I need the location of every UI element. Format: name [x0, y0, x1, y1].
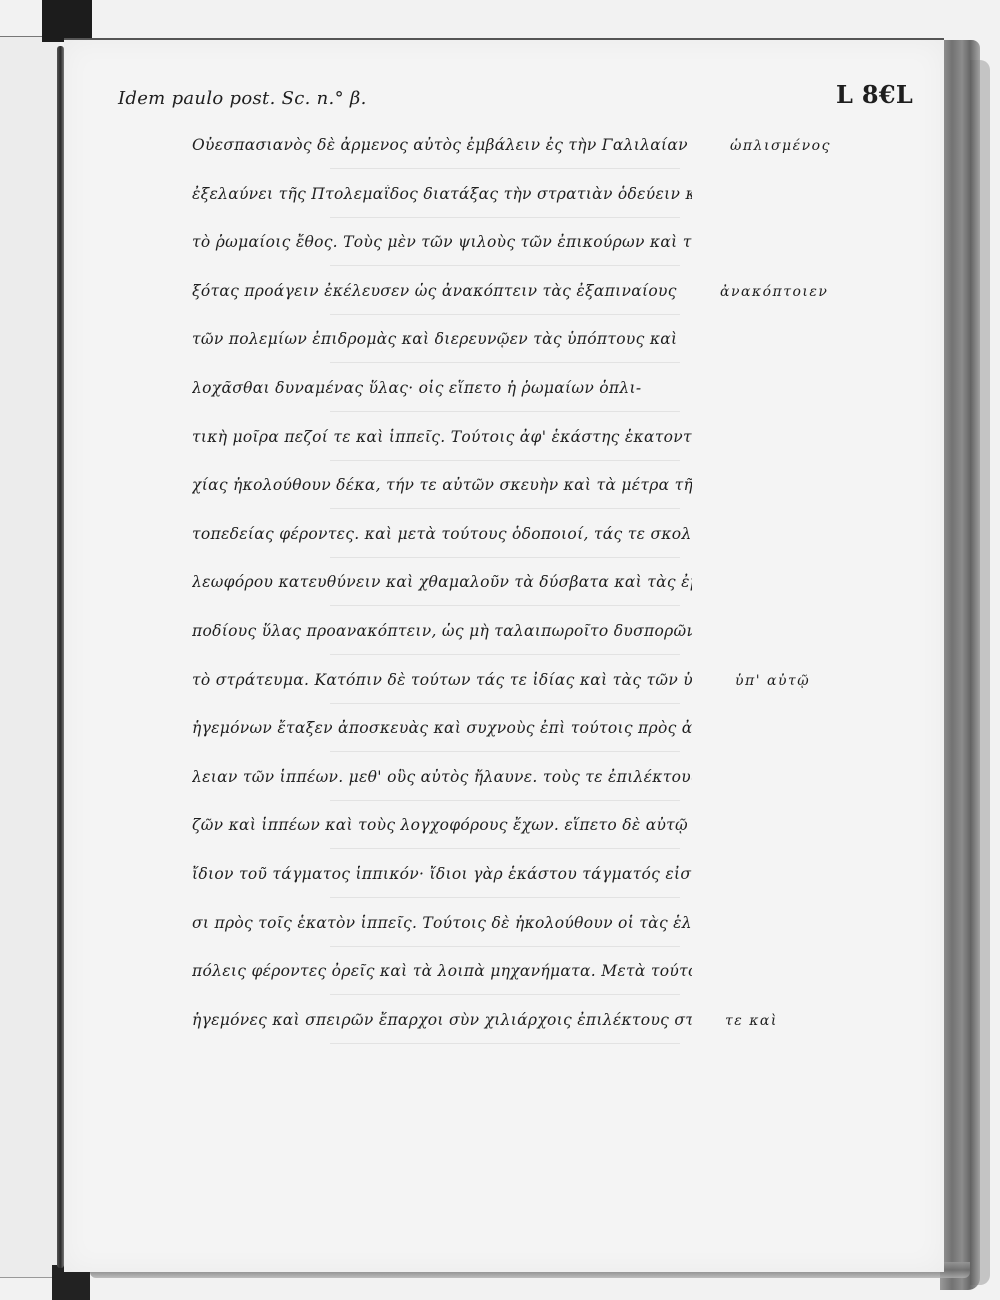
bleed-through-mark: [330, 508, 680, 509]
text-line: ποδίους ὕλας προανακόπτειν, ὡς μὴ ταλαιπ…: [192, 622, 692, 640]
bleed-through-mark: [330, 605, 680, 606]
text-line: τὸ στράτευμα. Κατόπιν δὲ τούτων τάς τε ἰ…: [192, 671, 692, 689]
bleed-through-mark: [330, 411, 680, 412]
text-line: λειαν τῶν ἱππέων. μεθ' οὓς αὐτὸς ἤλαυνε.…: [192, 768, 692, 786]
text-line: ἡγεμόνων ἔταξεν ἀποσκευὰς καὶ συχνοὺς ἐπ…: [192, 719, 692, 737]
text-line: τὸ ῥωμαίοις ἔθος. Τοὺς μὲν τῶν ψιλοὺς τῶ…: [192, 233, 692, 251]
bleed-through-mark: [330, 314, 680, 315]
bleed-through-mark: [330, 994, 680, 995]
text-line: χίας ἠκολούθουν δέκα, τήν τε αὐτῶν σκευὴ…: [192, 476, 692, 494]
text-line: ἐξελαύνει τῆς Πτολεμαΐδος διατάξας τὴν σ…: [192, 185, 692, 203]
text-line: τοπεδείας φέροντες. καὶ μετὰ τούτους ὁδο…: [192, 525, 692, 543]
margin-note: ὡπλισμένος: [730, 138, 831, 154]
bleed-through-mark: [330, 217, 680, 218]
bleed-through-mark: [330, 265, 680, 266]
page-fore-edge: [940, 40, 980, 1290]
text-line: ἴδιον τοῦ τάγματος ἱππικόν· ἴδιοι γὰρ ἑκ…: [192, 865, 692, 883]
bleed-through-mark: [330, 800, 680, 801]
facing-page-edge: [0, 36, 60, 1278]
text-line: λεωφόρου κατευθύνειν καὶ χθαμαλοῦν τὰ δύ…: [192, 573, 692, 591]
text-line: ζῶν καὶ ἱππέων καὶ τοὺς λογχοφόρους ἔχων…: [192, 816, 692, 834]
bleed-through-mark: [330, 1043, 680, 1044]
manuscript-page: [64, 38, 944, 1272]
bleed-through-mark: [330, 848, 680, 849]
bleed-through-mark: [330, 703, 680, 704]
bleed-through-mark: [330, 362, 680, 363]
margin-note: ὑπ' αὐτῷ: [735, 673, 810, 689]
bleed-through-mark: [330, 460, 680, 461]
text-line: τῶν πολεμίων ἐπιδρομὰς καὶ διερευνῷεν τὰ…: [192, 330, 692, 348]
margin-note: τε καὶ: [725, 1013, 778, 1029]
bleed-through-mark: [330, 946, 680, 947]
bleed-through-mark: [330, 168, 680, 169]
binding-top: [42, 0, 92, 42]
text-line: τικὴ μοῖρα πεζοί τε καὶ ἱππεῖς. Τούτοις …: [192, 428, 692, 446]
bleed-through-mark: [330, 557, 680, 558]
text-line: ξότας προάγειν ἐκέλευσεν ὡς ἀνακόπτειν τ…: [192, 282, 692, 300]
folio-number: L 8€L: [836, 80, 913, 109]
text-line: ἡγεμόνες καὶ σπειρῶν ἔπαρχοι σὺν χιλιάρχ…: [192, 1011, 692, 1029]
gutter: [57, 46, 64, 1268]
text-line: σι πρὸς τοῖς ἑκατὸν ἱππεῖς. Τούτοις δὲ ἠ…: [192, 914, 692, 932]
text-line: πόλεις φέροντες ὀρεῖς καὶ τὰ λοιπὰ μηχαν…: [192, 962, 692, 980]
bleed-through-mark: [330, 654, 680, 655]
text-line: λοχᾶσθαι δυναμένας ὕλας· οἷς εἵπετο ἡ ῥω…: [192, 379, 692, 397]
text-line: Οὐεσπασιανὸς δὲ ἀρμενος αὐτὸς ἐμβάλειν ἐ…: [192, 136, 692, 154]
margin-note: ἀνακόπτοιεν: [720, 284, 828, 300]
bleed-through-mark: [330, 897, 680, 898]
bleed-through-mark: [330, 751, 680, 752]
header-note: Idem paulo post. Sc. n.° β.: [118, 88, 367, 109]
